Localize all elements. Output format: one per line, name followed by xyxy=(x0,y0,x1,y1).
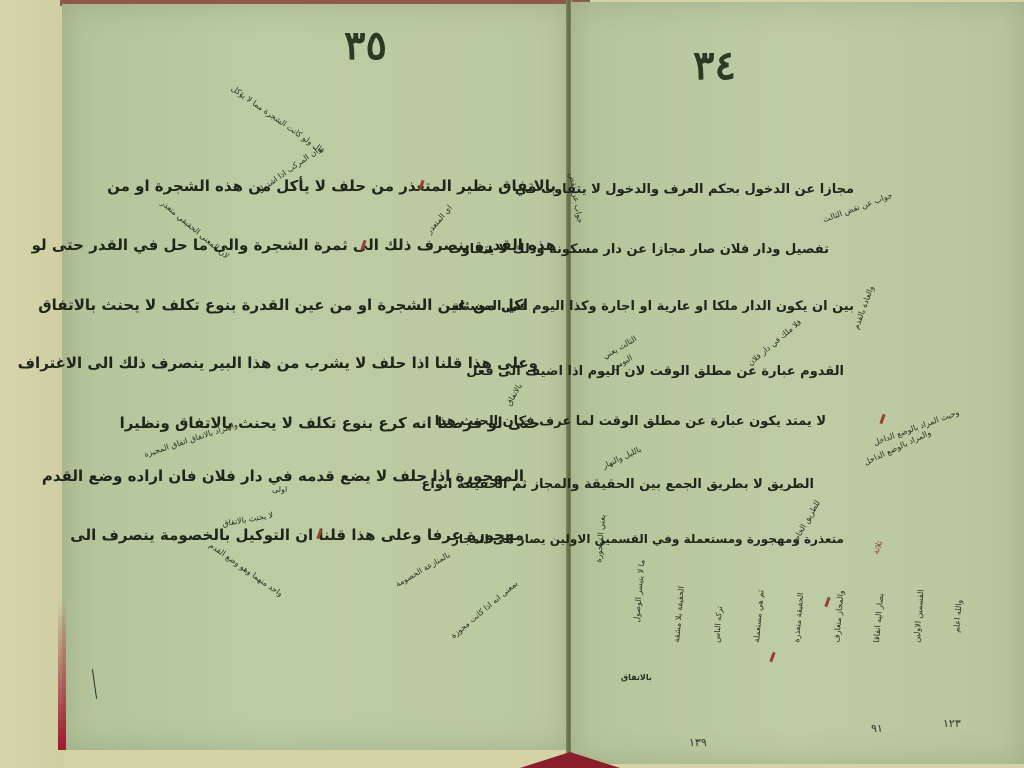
right-page-number: ٣٤ xyxy=(693,42,736,89)
left-gloss-6: اي المتعذر xyxy=(424,203,455,237)
right-main-line-5: لا يمتد يكون عبارة عن مطلق الوقت لما عرف… xyxy=(435,414,826,429)
right-gloss-9: بالاتفاق xyxy=(621,672,652,683)
left-gloss-1: قال ولو كانت الشجرة مما لا يؤكل xyxy=(229,83,327,156)
binding-red-thread-left xyxy=(58,600,66,750)
right-column-gloss-7: والمجاز متعارف xyxy=(831,590,847,643)
margin-mark xyxy=(92,669,97,699)
left-gloss-block-2: واحد منهما وهو وضع القدم xyxy=(207,540,285,599)
right-gloss-5: بالليل والنهار xyxy=(601,444,643,472)
right-gloss-8: ثلاثة xyxy=(870,539,885,555)
left-main-line-1: بالاتفاق نظير المتعذر من حلف لا يأكل من … xyxy=(107,177,556,195)
right-main-line-3: بين ان يكون الدار ملكا او عارية او اجارة… xyxy=(452,299,854,314)
left-gloss-block-3: بالمنازعة الخصومة xyxy=(393,549,452,589)
right-gloss-block-2: والعادة بالقدم xyxy=(851,284,877,330)
right-main-line-6: الطريق لا بطريق الجمع بين الحقيقة والمجا… xyxy=(421,477,814,492)
right-column-gloss-9: القسمين الاولين xyxy=(911,589,927,643)
right-column-gloss-1: يعني المهجورة xyxy=(593,514,608,563)
right-page: ٣٤ مجازا عن الدخول بحكم العرف والدخول لا… xyxy=(571,2,1024,764)
left-page-number: ٣٥ xyxy=(344,22,387,69)
red-ink-mark xyxy=(879,414,885,424)
right-column-gloss-4: تركه الناس xyxy=(711,606,725,643)
left-gloss-4: بالاتفاق xyxy=(503,381,525,407)
right-gloss-4: فلا ملك في دار فلان xyxy=(745,317,803,369)
background-surface xyxy=(0,0,64,768)
right-column-gloss-10: والله اعلم xyxy=(951,599,965,633)
right-column-gloss-3: الحقيقة بلا مشقة xyxy=(671,586,687,643)
left-gloss-5: اولى xyxy=(272,484,287,495)
right-main-line-7: متعذرة ومهجورة ومستعملة وفي القسمين الاو… xyxy=(452,532,844,546)
right-column-gloss-5: ثم هي مستعملة xyxy=(751,589,767,643)
left-gloss-block-4: بمعنى انه اذا كانت مجوزة xyxy=(448,578,520,641)
right-main-line-4: القدوم عبارة عن مطلق الوقت لان اليوم اذا… xyxy=(466,364,844,379)
right-column-gloss-2: ما لا يتيسر الوصول xyxy=(631,559,647,623)
folio-mark-2: ٩١ xyxy=(871,722,883,735)
right-column-gloss-6: الحقيقة متعذرة xyxy=(791,592,806,643)
folio-mark-3: ١٢٣ xyxy=(943,717,961,730)
folio-mark-1: ١٣٩ xyxy=(689,736,707,749)
right-main-line-1: مجازا عن الدخول بحكم العرف والدخول لا يت… xyxy=(515,182,854,197)
right-main-line-2: تفصيل ودار فلان صار مجازا عن دار مسكونة … xyxy=(449,242,830,257)
red-ink-mark xyxy=(824,597,830,607)
right-column-gloss-8: يصار اليه اتفاقا xyxy=(871,593,886,643)
left-main-line-4: وعلى هذا قلنا اذا حلف لا يشرب من هذا الب… xyxy=(18,354,538,372)
red-ink-mark xyxy=(769,652,775,662)
